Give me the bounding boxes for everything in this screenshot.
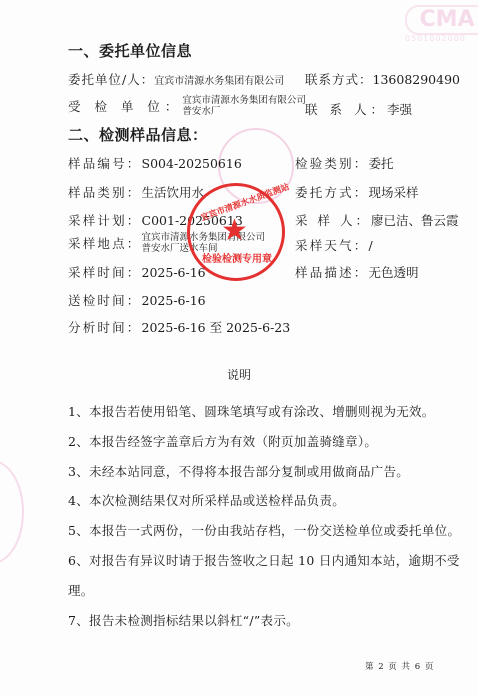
sampling-time-row: 采样时间：2025-6-16 — [68, 263, 206, 281]
sampler-value: 廖已洁、鲁云霞 — [371, 211, 459, 229]
note-item: 2、本报告经签字盖章后方为有效（附页加盖骑缝章）。 — [68, 432, 377, 450]
note-item: 6、对报告有异议时请于报告签收之日起 10 日内通知本站，逾期不受 — [68, 551, 460, 569]
contact-method-value: 13608290490 — [373, 72, 460, 87]
sample-id-value: S004-20250616 — [142, 156, 242, 171]
contact-person-value: 李强 — [387, 100, 412, 118]
sample-description-row: 样品描述：无色透明 — [295, 263, 419, 281]
inspection-type-value: 委托 — [369, 154, 394, 172]
contact-person-label: 联 系 人： — [305, 100, 387, 118]
weather-value: / — [369, 238, 373, 253]
stamp-star-icon: ★ — [221, 216, 248, 246]
sample-id-row: 样品编号：S004-20250616 — [68, 154, 242, 172]
note-item: 4、本次检测结果仅对所采样品或送检样品负责。 — [68, 491, 345, 509]
sample-description-value: 无色透明 — [369, 263, 419, 281]
page-indicator: 第 2 页 共 6 页 — [365, 660, 434, 672]
note-item: 理。 — [68, 581, 94, 599]
section-title-sample-info: 二、检测样品信息： — [68, 124, 208, 145]
client-value: 宜宾市清源水务集团有限公司 — [154, 72, 284, 87]
inspected-unit-row: 受 检 单 位：宜宾市清源水务集团有限公司普安水厂 — [68, 95, 306, 117]
section-title-client-info: 一、委托单位信息 — [68, 40, 192, 61]
inspected-unit-value: 宜宾市清源水务集团有限公司普安水厂 — [182, 95, 306, 117]
note-item: 3、未经本站同意，不得将本报告部分复制或用做商品广告。 — [68, 462, 409, 480]
note-item: 7、报告未检测指标结果以斜杠“/”表示。 — [68, 611, 299, 629]
client-row: 委托单位/人：宜宾市清源水务集团有限公司 — [68, 70, 284, 88]
sampler-row: 采 样 人：廖已洁、鲁云霞 — [295, 211, 458, 229]
submission-time-row: 送检时间：2025-6-16 — [68, 291, 206, 309]
cma-watermark-number: 0501002000 — [405, 34, 466, 43]
sample-type-value: 生活饮用水 — [142, 183, 205, 201]
client-label: 委托单位/人： — [68, 70, 154, 88]
note-item: 1、本报告若使用铅笔、圆珠笔填写或有涂改、增删则视为无效。 — [68, 402, 435, 420]
notes-title: 说明 — [0, 366, 478, 383]
commission-method-value: 现场采样 — [369, 183, 419, 201]
commission-method-row: 委托方式：现场采样 — [295, 183, 419, 201]
seam-stamp — [0, 460, 24, 564]
sample-type-row: 样品类别：生活饮用水 — [68, 183, 204, 201]
sampling-time-value: 2025-6-16 — [142, 265, 206, 280]
contact-person-row: 联 系 人：李强 — [305, 100, 412, 118]
analysis-time-value: 2025-6-16 至 2025-6-23 — [142, 318, 291, 336]
contact-method-row: 联系方式：13608290490 — [305, 70, 460, 88]
official-stamp: 宜宾市清源水水质监测站 ★ 检验检测专用章 — [187, 183, 285, 281]
analysis-time-row: 分析时间：2025-6-16 至 2025-6-23 — [68, 318, 290, 336]
cma-watermark: CMA — [405, 5, 478, 35]
inspected-unit-label: 受 检 单 位： — [68, 97, 182, 115]
inspection-type-row: 检验类别：委托 — [295, 154, 394, 172]
note-item: 5、本报告一式两份，一份由我站存档，一份交送检单位或委托单位。 — [68, 521, 460, 539]
weather-row: 采样天气：/ — [295, 236, 373, 254]
stamp-bottom-text: 检验检测专用章 — [202, 250, 272, 265]
report-page: CMA 0501002000 一、委托单位信息 委托单位/人：宜宾市清源水务集团… — [0, 0, 478, 696]
submission-time-value: 2025-6-16 — [142, 293, 206, 308]
contact-method-label: 联系方式： — [305, 70, 373, 88]
